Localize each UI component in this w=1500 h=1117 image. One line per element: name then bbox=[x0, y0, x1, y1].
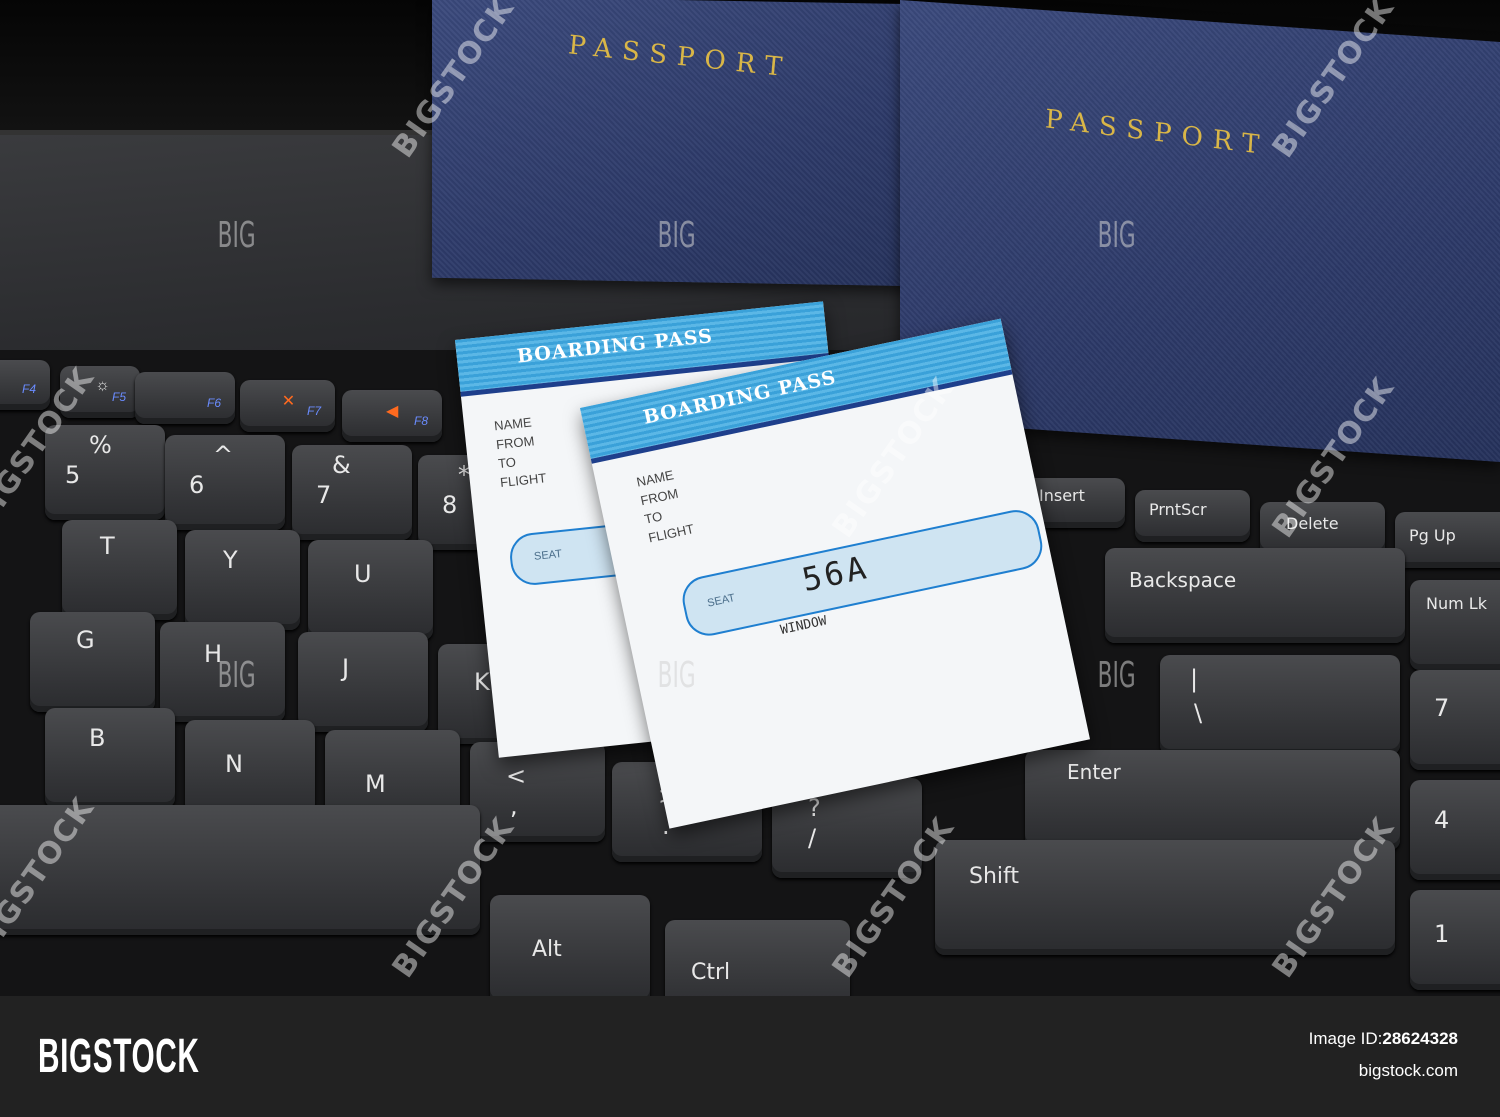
key-6: ^ 6 bbox=[165, 435, 285, 530]
key-g: G bbox=[30, 612, 155, 712]
key-7: & 7 bbox=[292, 445, 412, 540]
key-j: J bbox=[298, 632, 428, 732]
key-alt: Alt bbox=[490, 895, 650, 996]
boarding-pass-front: BOARDING PASS NAME FROM TO FLIGHT SEAT 5… bbox=[580, 319, 1090, 829]
site-link[interactable]: bigstock.com bbox=[1359, 1061, 1458, 1081]
key-h: H bbox=[160, 622, 285, 722]
mute-icon: ✕ bbox=[282, 391, 295, 411]
key-f4: F4 bbox=[0, 360, 50, 410]
key-num4: 4 bbox=[1410, 780, 1500, 880]
key-f5: ☼F5 bbox=[60, 366, 140, 418]
key-numlk: Num Lk bbox=[1410, 580, 1500, 670]
key-num1: 1 bbox=[1410, 890, 1500, 990]
key-enter: Enter bbox=[1025, 750, 1400, 850]
stock-photo: F4 ☼F5 F6 ✕F7 ◀F8 % 5 ^ 6 & 7 * 8 T Y U … bbox=[0, 0, 1500, 996]
passport-left: PASSPORT bbox=[432, 0, 922, 286]
key-prntscr: PrntScr bbox=[1135, 490, 1250, 542]
brand-logo: BIGSTOCK bbox=[38, 1029, 199, 1084]
boarding-pass-fields: NAME FROM TO FLIGHT bbox=[493, 412, 547, 492]
key-backslash: |\ bbox=[1160, 655, 1400, 755]
key-u: U bbox=[308, 540, 433, 640]
key-f7: ✕F7 bbox=[240, 380, 335, 432]
volume-icon: ◀ bbox=[386, 401, 398, 421]
brightness-icon: ☼ bbox=[95, 377, 110, 395]
key-shift: Shift bbox=[935, 840, 1395, 955]
key-backspace: Backspace bbox=[1105, 548, 1405, 643]
key-f6: F6 bbox=[135, 372, 235, 424]
boarding-pass-fields: NAME FROM TO FLIGHT bbox=[635, 463, 696, 547]
key-y: Y bbox=[185, 530, 300, 630]
key-b: B bbox=[45, 708, 175, 808]
key-spacebar bbox=[0, 805, 480, 935]
key-t: T bbox=[62, 520, 177, 620]
key-num7: 7 bbox=[1410, 670, 1500, 770]
image-id: Image ID:28624328 bbox=[1309, 1029, 1458, 1049]
footer-banner: BIGSTOCK Image ID:28624328 bigstock.com bbox=[0, 996, 1500, 1117]
key-f8: ◀F8 bbox=[342, 390, 442, 442]
seat-number: 56A bbox=[799, 548, 872, 599]
key-pgup: Pg Up bbox=[1395, 512, 1500, 568]
key-comma: <, bbox=[470, 742, 605, 842]
key-ctrl: Ctrl bbox=[665, 920, 850, 996]
key-5: % 5 bbox=[45, 425, 165, 520]
seat-box: SEAT 56A bbox=[678, 506, 1047, 640]
